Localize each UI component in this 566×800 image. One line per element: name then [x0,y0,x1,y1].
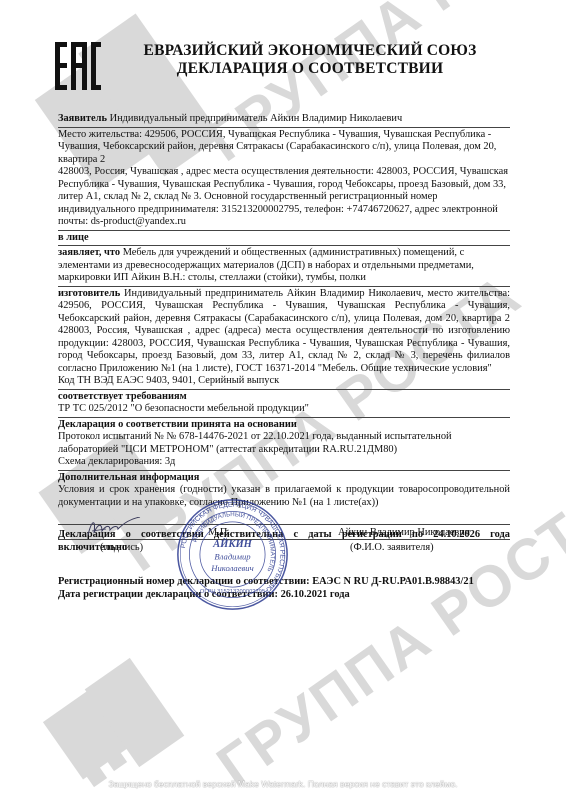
applicant-row: Заявитель Индивидуальный предприниматель… [58,112,510,128]
signer-name: Айкин Владимир Николаевич [338,527,470,538]
fio-caption: (Ф.И.О. заявителя) [350,542,434,553]
basis-value: Протокол испытаний № № 678-14476-2021 от… [58,431,510,456]
applicant-address-row: Место жительства: 429506, РОССИЯ, Чувашс… [58,128,510,231]
declaration-page: ГРУППА РОСТА ГРУППА РОСТА ГРУППА РОСТА [0,0,566,800]
document-title: ЕВРАЗИЙСКИЙ ЭКОНОМИЧЕСКИЙ СОЮЗ ДЕКЛАРАЦИ… [130,42,490,78]
basis-row: Декларация о соответствии принята на осн… [58,418,510,471]
declares-label: заявляет, что [58,247,120,258]
conforms-value: ТР ТС 025/2012 "О безопасности мебельной… [58,403,510,416]
footer-watermark-text: Защищено бесплатной версией Make Waterma… [0,779,566,789]
conforms-label: соответствует требованиям [58,391,510,404]
svg-text:Владимир: Владимир [214,551,251,561]
applicant-value: Индивидуальный предприниматель Айкин Вла… [110,113,403,124]
applicant-address: Место жительства: 429506, РОССИЯ, Чувашс… [58,129,510,167]
svg-text:ОГРН 315213200002795: ОГРН 315213200002795 [200,589,265,595]
svg-text:АЙКИН: АЙКИН [212,538,253,550]
declaration-body: Заявитель Индивидуальный предприниматель… [58,112,510,555]
applicant-label: Заявитель [58,113,107,124]
manufacturer-code: Код ТН ВЭД ЕАЭС 9403, 9401, Серийный вып… [58,375,510,388]
basis-scheme: Схема декларирования: 3д [58,456,510,469]
title-declaration: ДЕКЛАРАЦИЯ О СООТВЕТСТВИИ [130,60,490,78]
manufacturer-label: изготовитель [58,288,120,299]
represented-by-row: в лице [58,231,510,247]
declares-value: Мебель для учреждений и общественных (ад… [58,247,474,283]
additional-info-label: Дополнительная информация [58,472,510,485]
svg-text:Николаевич: Николаевич [210,563,253,573]
conforms-row: соответствует требованиям ТР ТС 025/2012… [58,390,510,418]
manufacturer-row: изготовитель Индивидуальный предпринимат… [58,287,510,390]
registration-date: 26.10.2021 года [281,589,350,600]
applicant-details: 428003, Россия, Чувашская , адрес места … [58,166,510,229]
basis-label: Декларация о соответствии принята на осн… [58,419,510,432]
document-content: ЕВРАЗИЙСКИЙ ЭКОНОМИЧЕСКИЙ СОЮЗ ДЕКЛАРАЦИ… [0,0,566,800]
title-union: ЕВРАЗИЙСКИЙ ЭКОНОМИЧЕСКИЙ СОЮЗ [130,42,490,60]
manufacturer-value: Индивидуальный предприниматель Айкин Вла… [58,288,510,374]
represented-by-label: в лице [58,232,89,243]
seal-stamp-icon: РОССИЙСКАЯ ФЕДЕРАЦИЯ ЧУВАШСКАЯ РЕСПУБЛИК… [175,497,290,612]
declares-row: заявляет, что Мебель для учреждений и об… [58,246,510,287]
signature-icon [84,517,144,539]
registration-number: ЕАЭС N RU Д-RU.РА01.В.98843/21 [312,576,474,587]
signature-caption: (подпись) [100,542,143,553]
eac-logo [55,42,101,90]
